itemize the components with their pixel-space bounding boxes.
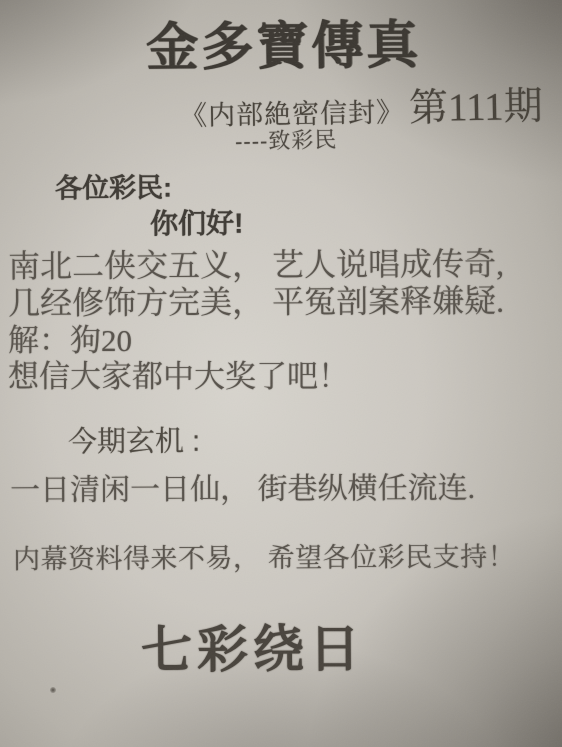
greeting-salutation: 各位彩民: <box>55 166 172 206</box>
footer-phrase: 七彩绕日 <box>141 607 366 683</box>
mystery-section-heading: 今期玄机 : <box>68 419 200 461</box>
support-appeal-line: 内幕资料得来不易， 希望各位彩民支持！ <box>13 535 515 577</box>
ink-speck <box>50 687 56 693</box>
fax-sheet: 金多寶傳真 《内部絶密信封》 第111期 ----致彩民 各位彩民: 你们好! … <box>0 0 562 747</box>
greeting-hello: 你们好! <box>150 202 244 243</box>
masthead-title: 金多寶傳真 <box>146 3 422 81</box>
mystery-verse-line: 一日清闲一日仙， 街巷纵横任流连. <box>10 463 475 509</box>
congrats-line: 想信大家都中大奖了吧！ <box>8 351 349 396</box>
addressee-line: ----致彩民 <box>235 123 338 156</box>
issue-number: 第111期 <box>409 75 544 133</box>
